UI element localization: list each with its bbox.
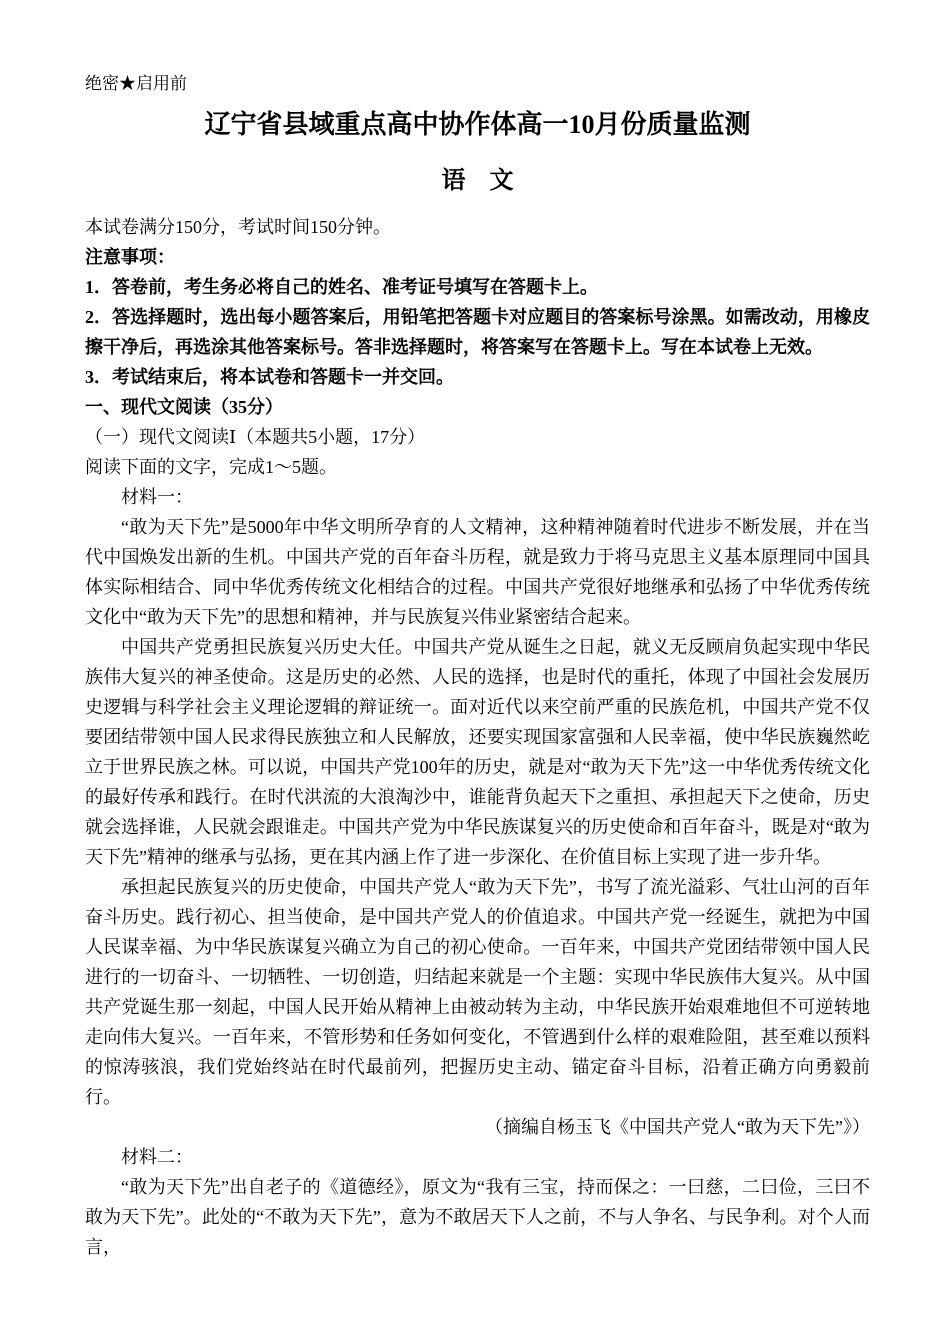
material2-label: 材料二： (85, 1142, 870, 1172)
subject-title: 语 文 (85, 166, 870, 196)
material1-label: 材料一： (85, 482, 870, 512)
notice-item-2: 2．答选择题时，选出每小题答案后，用铅笔把答题卡对应题目的答案标号涂黑。如需改动… (85, 302, 870, 362)
material1-paragraph-1: “敢为天下先”是5000年中华文明所孕育的人文精神，这种精神随着时代进步不断发展… (85, 512, 870, 632)
reading-instruction: 阅读下面的文字，完成1～5题。 (85, 452, 870, 482)
page-title: 辽宁省县域重点高中协作体高一10月份质量监测 (85, 108, 870, 142)
exam-paper: 绝密★启用前 辽宁省县域重点高中协作体高一10月份质量监测 语 文 本试卷满分1… (0, 0, 950, 1344)
material1-attribution: （摘编自杨玉飞《中国共产党人“敢为天下先”》） (85, 1112, 870, 1142)
notice-item-1: 1．答卷前，考生务必将自己的姓名、准考证号填写在答题卡上。 (85, 272, 870, 302)
material2-paragraph-1: “敢为天下先”出自老子的《道德经》，原文为“我有三宝，持而保之：一曰慈，二曰俭，… (85, 1172, 870, 1262)
subsection-heading: （一）现代文阅读Ⅰ（本题共5小题，17分） (85, 422, 870, 452)
section-heading: 一、现代文阅读（35分） (85, 392, 870, 422)
material1-paragraph-3: 承担起民族复兴的历史使命，中国共产党人“敢为天下先”，书写了流光溢彩、气壮山河的… (85, 872, 870, 1112)
notice-heading: 注意事项： (85, 242, 870, 272)
exam-info: 本试卷满分150分，考试时间150分钟。 (85, 212, 870, 242)
notice-item-3: 3．考试结束后，将本试卷和答题卡一并交回。 (85, 362, 870, 392)
material1-paragraph-2: 中国共产党勇担民族复兴历史大任。中国共产党从诞生之日起，就义无反顾肩负起实现中华… (85, 632, 870, 872)
classification-label: 绝密★启用前 (85, 72, 870, 96)
